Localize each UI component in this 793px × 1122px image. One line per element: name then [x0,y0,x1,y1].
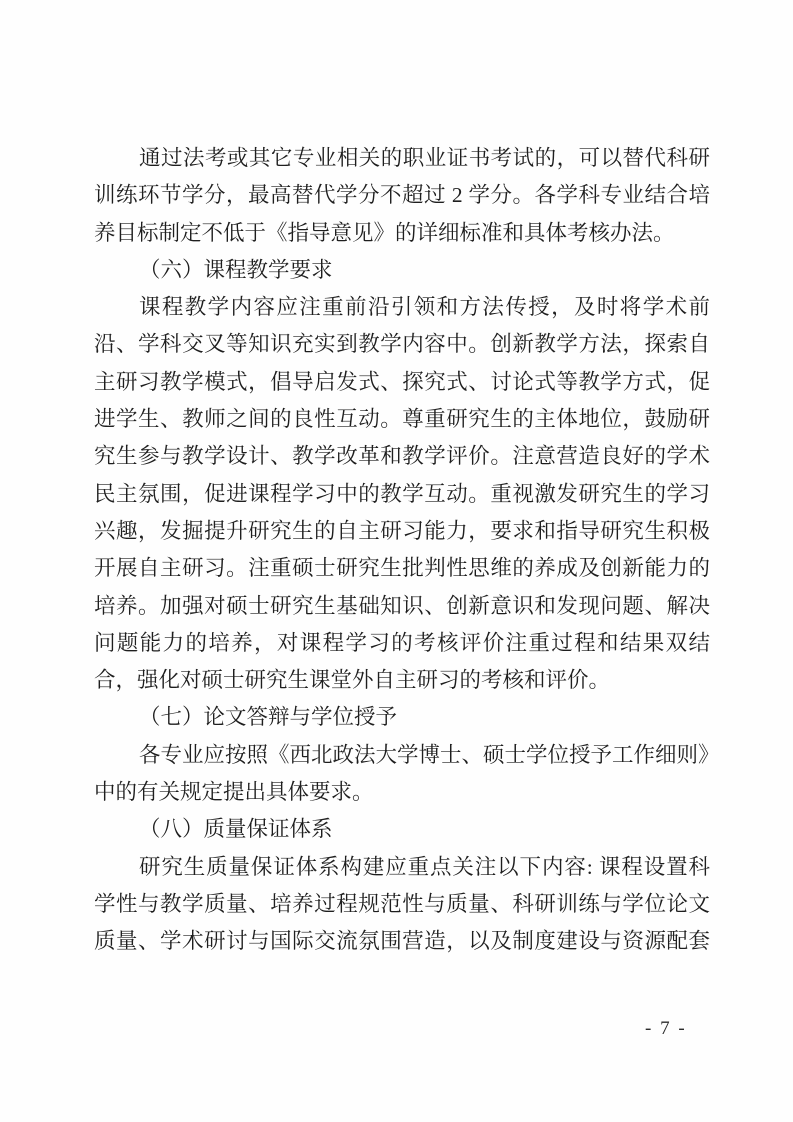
text-line: 主研习教学模式，倡导启发式、探究式、讨论式等教学方式，促 [94,364,710,401]
text-line: 训练环节学分，最高替代学分不超过 2 学分。各学科专业结合培 [94,177,710,214]
text-line: 质量、学术研讨与国际交流氛围营造，以及制度建设与资源配套 [94,923,710,960]
text-line: 进学生、教师之间的良性互动。尊重研究生的主体地位，鼓励研 [94,401,710,438]
paragraph-credit-substitution: 通过法考或其它专业相关的职业证书考试的，可以替代科研 训练环节学分，最高替代学分… [94,140,710,252]
text-line: 兴趣，发掘提升研究生的自主研习能力，要求和指导研究生积极 [94,513,710,550]
paragraph-quality-assurance: 研究生质量保证体系构建应重点关注以下内容: 课程设置科 学性与教学质量、培养过程… [94,849,710,961]
page-number: - 7 - [645,1018,687,1040]
paragraph-course-teaching: 课程教学内容应注重前沿引领和方法传授，及时将学术前 沿、学科交叉等知识充实到教学… [94,289,710,699]
document-body: 通过法考或其它专业相关的职业证书考试的，可以替代科研 训练环节学分，最高替代学分… [94,140,710,961]
heading-section-8: （八）质量保证体系 [94,811,710,848]
text-line: 民主氛围，促进课程学习中的教学互动。重视激发研究生的学习 [94,476,710,513]
text-line: 养目标制定不低于《指导意见》的详细标准和具体考核办法。 [94,215,710,252]
text-line: 究生参与教学设计、教学改革和教学评价。注意营造良好的学术 [94,438,710,475]
text-line: 开展自主研习。注重硕士研究生批判性思维的养成及创新能力的 [94,550,710,587]
text-line: 各专业应按照《西北政法大学博士、硕士学位授予工作细则》 [94,737,710,774]
text-line: 学性与教学质量、培养过程规范性与质量、科研训练与学位论文 [94,886,710,923]
text-line: 培养。加强对硕士研究生基础知识、创新意识和发现问题、解决 [94,588,710,625]
text-line: 课程教学内容应注重前沿引领和方法传授，及时将学术前 [94,289,710,326]
heading-section-7: （七）论文答辩与学位授予 [94,699,710,736]
text-line: 通过法考或其它专业相关的职业证书考试的，可以替代科研 [94,140,710,177]
heading-section-6: （六）课程教学要求 [94,252,710,289]
text-line: 沿、学科交叉等知识充实到教学内容中。创新教学方法，探索自 [94,326,710,363]
paragraph-degree-award: 各专业应按照《西北政法大学博士、硕士学位授予工作细则》 中的有关规定提出具体要求… [94,737,710,812]
document-page: 通过法考或其它专业相关的职业证书考试的，可以替代科研 训练环节学分，最高替代学分… [0,0,793,1122]
text-line: 研究生质量保证体系构建应重点关注以下内容: 课程设置科 [94,849,710,886]
text-line: 合，强化对硕士研究生课堂外自主研习的考核和评价。 [94,662,710,699]
text-line: 中的有关规定提出具体要求。 [94,774,710,811]
text-line: 问题能力的培养，对课程学习的考核评价注重过程和结果双结 [94,625,710,662]
